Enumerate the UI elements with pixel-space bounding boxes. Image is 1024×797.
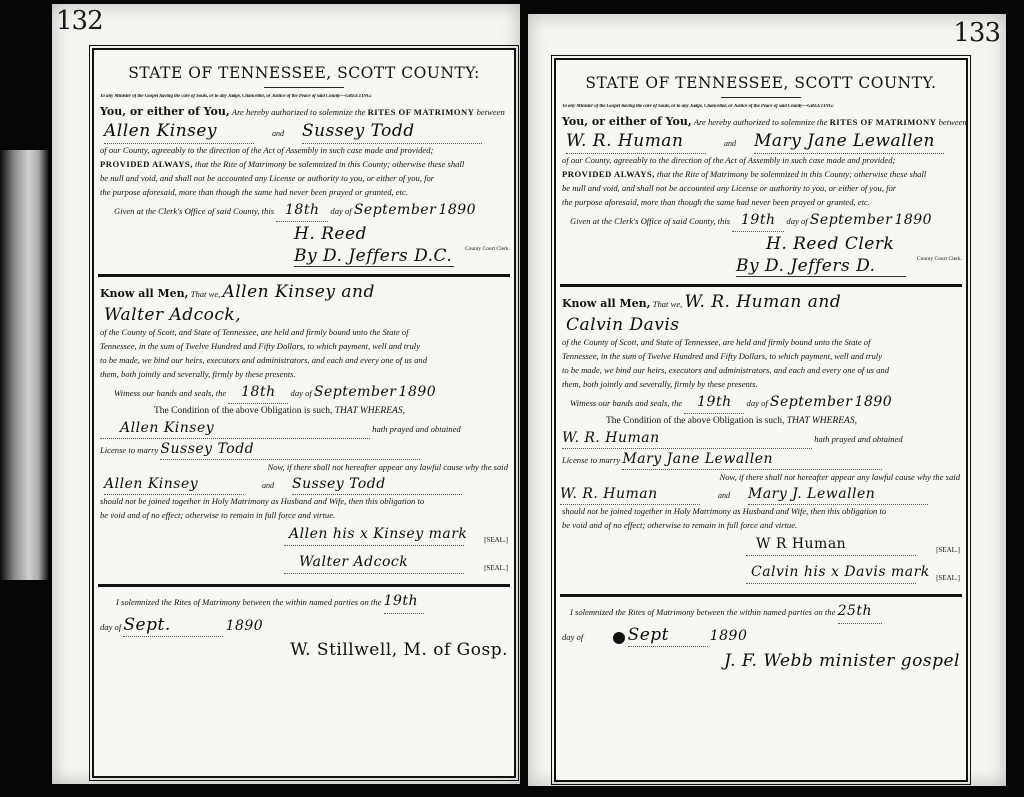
signature-line — [746, 582, 916, 584]
prayed-text: hath prayed and obtained — [814, 434, 903, 444]
clerk-signature-block: H. Reed Clerk By D. Jeffers D. County Co… — [556, 232, 966, 282]
witness-day: 19th — [684, 391, 744, 414]
bond-principals-line-2: Walter Adcock, — [104, 305, 241, 325]
bond-lead-bold: Know all Men, — [562, 297, 651, 310]
bond-lead-line: Know all Men, That we, W. R. Human and — [556, 291, 966, 315]
clerk-signature: H. Reed Clerk — [766, 234, 894, 254]
ink-blot — [613, 632, 625, 644]
license-lead-line: You, or either of You, Are hereby author… — [556, 115, 966, 129]
return-year: 1890 — [226, 618, 264, 634]
bond-line-4: them, both jointly and severally, firmly… — [94, 367, 514, 381]
given-text: Given at the Clerk's Office of said Coun… — [114, 206, 274, 216]
license-lead-bold: You, or either of You, — [562, 115, 692, 128]
seal-label: [SEAL.] — [936, 574, 960, 582]
marriage-record-form: STATE OF TENNESSEE, SCOTT COUNTY. To any… — [554, 58, 968, 782]
bond-principals-line-1: W. R. Human and — [684, 292, 841, 312]
page-number: 133 — [953, 18, 1000, 48]
signature-row-2: Calvin his x Davis mark [SEAL.] — [556, 560, 966, 588]
party-2-name: Sussey Todd — [292, 474, 462, 495]
greeting-line: To any Minister of the Gospel having the… — [94, 94, 514, 99]
license-line-3: be null and void, and shall not be accou… — [94, 171, 514, 185]
bride-name: Sussey Todd — [302, 119, 482, 144]
day-of-label: day of — [291, 388, 312, 398]
return-day: 25th — [838, 599, 882, 624]
license-lead-text: Are hereby authorized to solemnize the — [232, 107, 366, 117]
bond-principals-line-2: Calvin Davis — [566, 315, 680, 335]
form-title: STATE OF TENNESSEE, SCOTT COUNTY. — [556, 74, 966, 92]
signature-line — [746, 554, 916, 556]
witness-year: 1890 — [855, 394, 893, 410]
license-to-marry-line: License to marry Sussey Todd — [94, 439, 514, 460]
now-line: Now, if there shall not hereafter appear… — [94, 460, 514, 474]
ledger-page-left: 132 STATE OF TENNESSEE, SCOTT COUNTY: To… — [52, 4, 520, 784]
license-line-2-text: that the Rite of Matrimony be solemnized… — [195, 159, 464, 169]
bond-principals-line-1: Allen Kinsey and — [222, 282, 374, 302]
clerk-signature-block: H. Reed By D. Jeffers D.C. County Court … — [94, 222, 514, 272]
clerk-signature: H. Reed — [294, 224, 367, 244]
given-month: September — [354, 202, 436, 218]
clerk-title: County Court Clerk. — [465, 246, 510, 252]
provided-always: PROVIDED ALWAYS, — [100, 159, 193, 169]
that-whereas: THAT WHEREAS, — [787, 416, 857, 426]
bond-line-3: to be made, we bind our heirs, executors… — [94, 353, 514, 367]
title-divider — [721, 97, 801, 98]
return-month: Sept — [628, 624, 708, 647]
deputy-signature: By D. Jeffers D. — [736, 256, 906, 277]
license-to-marry-label: License to marry — [100, 445, 158, 455]
return-day: 19th — [384, 589, 424, 614]
given-year: 1890 — [438, 202, 476, 218]
signature-2: Calvin his x Davis mark — [751, 564, 930, 580]
day-of-label: day of — [747, 398, 768, 408]
witness-month: September — [314, 384, 396, 400]
license-line-1: of our County, agreeably to the directio… — [556, 153, 966, 167]
seal-label: [SEAL.] — [936, 546, 960, 554]
bond-line-2: Tennessee, in the sum of Twelve Hundred … — [556, 349, 966, 363]
license-lead-end: between — [477, 107, 505, 117]
witness-date-line: Witness our hands and seals, the 18th da… — [94, 381, 514, 404]
license-line-1: of our County, agreeably to the directio… — [94, 143, 514, 157]
party-1-name: W. R. Human — [560, 484, 700, 505]
bond-line-5: should not be joined together in Holy Ma… — [556, 504, 966, 518]
return-text: I solemnized the Rites of Matrimony betw… — [570, 607, 835, 617]
condition-line: The Condition of the above Obligation is… — [94, 404, 514, 418]
license-lead-end: between — [939, 117, 966, 127]
parties-row: Allen Kinsey and Sussey Todd — [94, 474, 514, 494]
party-2-name: Mary J. Lewallen — [748, 484, 928, 505]
intended-spouse-name: Sussey Todd — [160, 439, 420, 460]
and-label: and — [262, 481, 274, 490]
officiant-signature: W. Stillwell, M. of Gosp. — [290, 640, 508, 660]
form-title: STATE OF TENNESSEE, SCOTT COUNTY: — [94, 64, 514, 82]
given-month: September — [810, 212, 892, 228]
bond-line-4: them, both jointly and severally, firmly… — [556, 377, 966, 391]
license-line-2-text: that the Rite of Matrimony be solemnized… — [657, 169, 926, 179]
party-1-name: Allen Kinsey — [104, 474, 244, 495]
now-line: Now, if there shall not hereafter appear… — [556, 470, 966, 484]
applicant-line: W. R. Human hath prayed and obtained — [556, 428, 966, 449]
applicant-name: Allen Kinsey — [100, 418, 370, 439]
license-lead-text: Are hereby authorized to solemnize the — [694, 117, 828, 127]
section-divider — [560, 284, 962, 287]
greeting-line: To any Minister of the Gospel having the… — [556, 104, 966, 109]
given-date-line: Given at the Clerk's Office of said Coun… — [94, 199, 514, 222]
day-of-label: day of — [100, 622, 121, 632]
signature-1: W R Human — [756, 536, 846, 552]
section-divider — [560, 594, 962, 597]
bond-principals-row: Walter Adcock, — [94, 305, 514, 325]
and-label: and — [724, 139, 736, 148]
that-whereas: THAT WHEREAS, — [335, 406, 405, 416]
section-divider — [98, 584, 510, 587]
license-line-4: the purpose aforesaid, more than though … — [94, 185, 514, 199]
given-day: 19th — [732, 209, 784, 232]
license-line-3: be null and void, and shall not be accou… — [556, 181, 966, 195]
license-line-4: the purpose aforesaid, more than though … — [556, 195, 966, 209]
license-lead-bold: You, or either of You, — [100, 105, 230, 118]
return-line: I solemnized the Rites of Matrimony betw… — [556, 599, 966, 624]
witness-month: September — [770, 394, 852, 410]
license-to-marry-label: License to marry — [562, 455, 620, 465]
signature-1: Allen his x Kinsey mark — [289, 526, 467, 542]
witness-date-line: Witness our hands and seals, the 19th da… — [556, 391, 966, 414]
condition-text: The Condition of the above Obligation is… — [154, 406, 332, 416]
bond-line-6: be void and of no effect; otherwise to r… — [94, 508, 514, 522]
bond-line-3: to be made, we bind our heirs, executors… — [556, 363, 966, 377]
groom-name: W. R. Human — [566, 129, 706, 154]
signature-row-2: Walter Adcock [SEAL.] — [94, 550, 514, 578]
license-line-2: PROVIDED ALWAYS, that the Rite of Matrim… — [556, 167, 966, 181]
book-binding-left-edge — [0, 150, 48, 580]
signature-line — [284, 544, 464, 546]
return-text: I solemnized the Rites of Matrimony betw… — [116, 597, 381, 607]
return-date-line: day of Sept 1890 — [556, 624, 966, 648]
officiant-signature: J. F. Webb minister gospel — [724, 651, 960, 671]
prayed-text: hath prayed and obtained — [372, 424, 461, 434]
license-line-2: PROVIDED ALWAYS, that the Rite of Matrim… — [94, 157, 514, 171]
officiant-line: W. Stillwell, M. of Gosp. — [94, 638, 514, 664]
signature-2: Walter Adcock — [299, 554, 408, 570]
rites-of-matrimony: RITES OF MATRIMONY — [368, 107, 475, 117]
intended-spouse-name: Mary Jane Lewallen — [622, 449, 882, 470]
groom-name: Allen Kinsey — [104, 119, 254, 144]
provided-always: PROVIDED ALWAYS, — [562, 169, 655, 179]
return-date-line: day of Sept. 1890 — [94, 614, 514, 638]
day-of-label: day of — [562, 632, 583, 642]
rites-of-matrimony: RITES OF MATRIMONY — [830, 117, 937, 127]
clerk-title: County Court Clerk. — [917, 256, 962, 262]
return-month: Sept. — [123, 614, 223, 637]
given-day: 18th — [276, 199, 328, 222]
witness-text: Witness our hands and seals, the — [114, 388, 226, 398]
applicant-name: W. R. Human — [562, 428, 812, 449]
condition-text: The Condition of the above Obligation is… — [606, 416, 784, 426]
ledger-page-right: 133 STATE OF TENNESSEE, SCOTT COUNTY. To… — [528, 14, 1006, 786]
bond-lead-text: That we, — [653, 299, 683, 309]
bond-lead-line: Know all Men, That we, Allen Kinsey and — [94, 281, 514, 305]
marriage-record-form: STATE OF TENNESSEE, SCOTT COUNTY: To any… — [92, 48, 516, 778]
signature-row-1: W R Human [SEAL.] — [556, 532, 966, 560]
officiant-line: J. F. Webb minister gospel — [556, 648, 966, 676]
day-of-label: day of — [786, 216, 807, 226]
seal-label: [SEAL.] — [484, 564, 508, 572]
page-number: 132 — [56, 6, 103, 36]
bond-line-2: Tennessee, in the sum of Twelve Hundred … — [94, 339, 514, 353]
given-date-line: Given at the Clerk's Office of said Coun… — [556, 209, 966, 232]
return-line: I solemnized the Rites of Matrimony betw… — [94, 589, 514, 614]
license-to-marry-line: License to marry Mary Jane Lewallen — [556, 449, 966, 470]
license-names-row: Allen Kinsey and Sussey Todd — [94, 119, 514, 143]
bond-principals-row: Calvin Davis — [556, 315, 966, 335]
condition-line: The Condition of the above Obligation is… — [556, 414, 966, 428]
witness-text: Witness our hands and seals, the — [570, 398, 682, 408]
signature-row-1: Allen his x Kinsey mark [SEAL.] — [94, 522, 514, 550]
signature-line — [284, 572, 464, 574]
bond-lead-text: That we, — [191, 289, 221, 299]
applicant-line: Allen Kinsey hath prayed and obtained — [94, 418, 514, 439]
bond-lead-bold: Know all Men, — [100, 287, 189, 300]
day-of-label: day of — [330, 206, 351, 216]
deputy-signature: By D. Jeffers D.C. — [294, 246, 454, 267]
return-year: 1890 — [710, 628, 748, 644]
seal-label: [SEAL.] — [484, 536, 508, 544]
parties-row: W. R. Human and Mary J. Lewallen — [556, 484, 966, 504]
bond-line-1: of the County of Scott, and State of Ten… — [556, 335, 966, 349]
and-label: and — [272, 129, 284, 138]
witness-day: 18th — [228, 381, 288, 404]
bond-line-1: of the County of Scott, and State of Ten… — [94, 325, 514, 339]
license-lead-line: You, or either of You, Are hereby author… — [94, 105, 514, 119]
section-divider — [98, 274, 510, 277]
given-text: Given at the Clerk's Office of said Coun… — [570, 216, 730, 226]
witness-year: 1890 — [399, 384, 437, 400]
given-year: 1890 — [894, 212, 932, 228]
bond-line-5: should not be joined together in Holy Ma… — [94, 494, 514, 508]
bride-name: Mary Jane Lewallen — [754, 129, 944, 154]
license-names-row: W. R. Human and Mary Jane Lewallen — [556, 129, 966, 153]
title-divider — [264, 87, 344, 88]
and-label: and — [718, 491, 730, 500]
bond-line-6: be void and of no effect; otherwise to r… — [556, 518, 966, 532]
